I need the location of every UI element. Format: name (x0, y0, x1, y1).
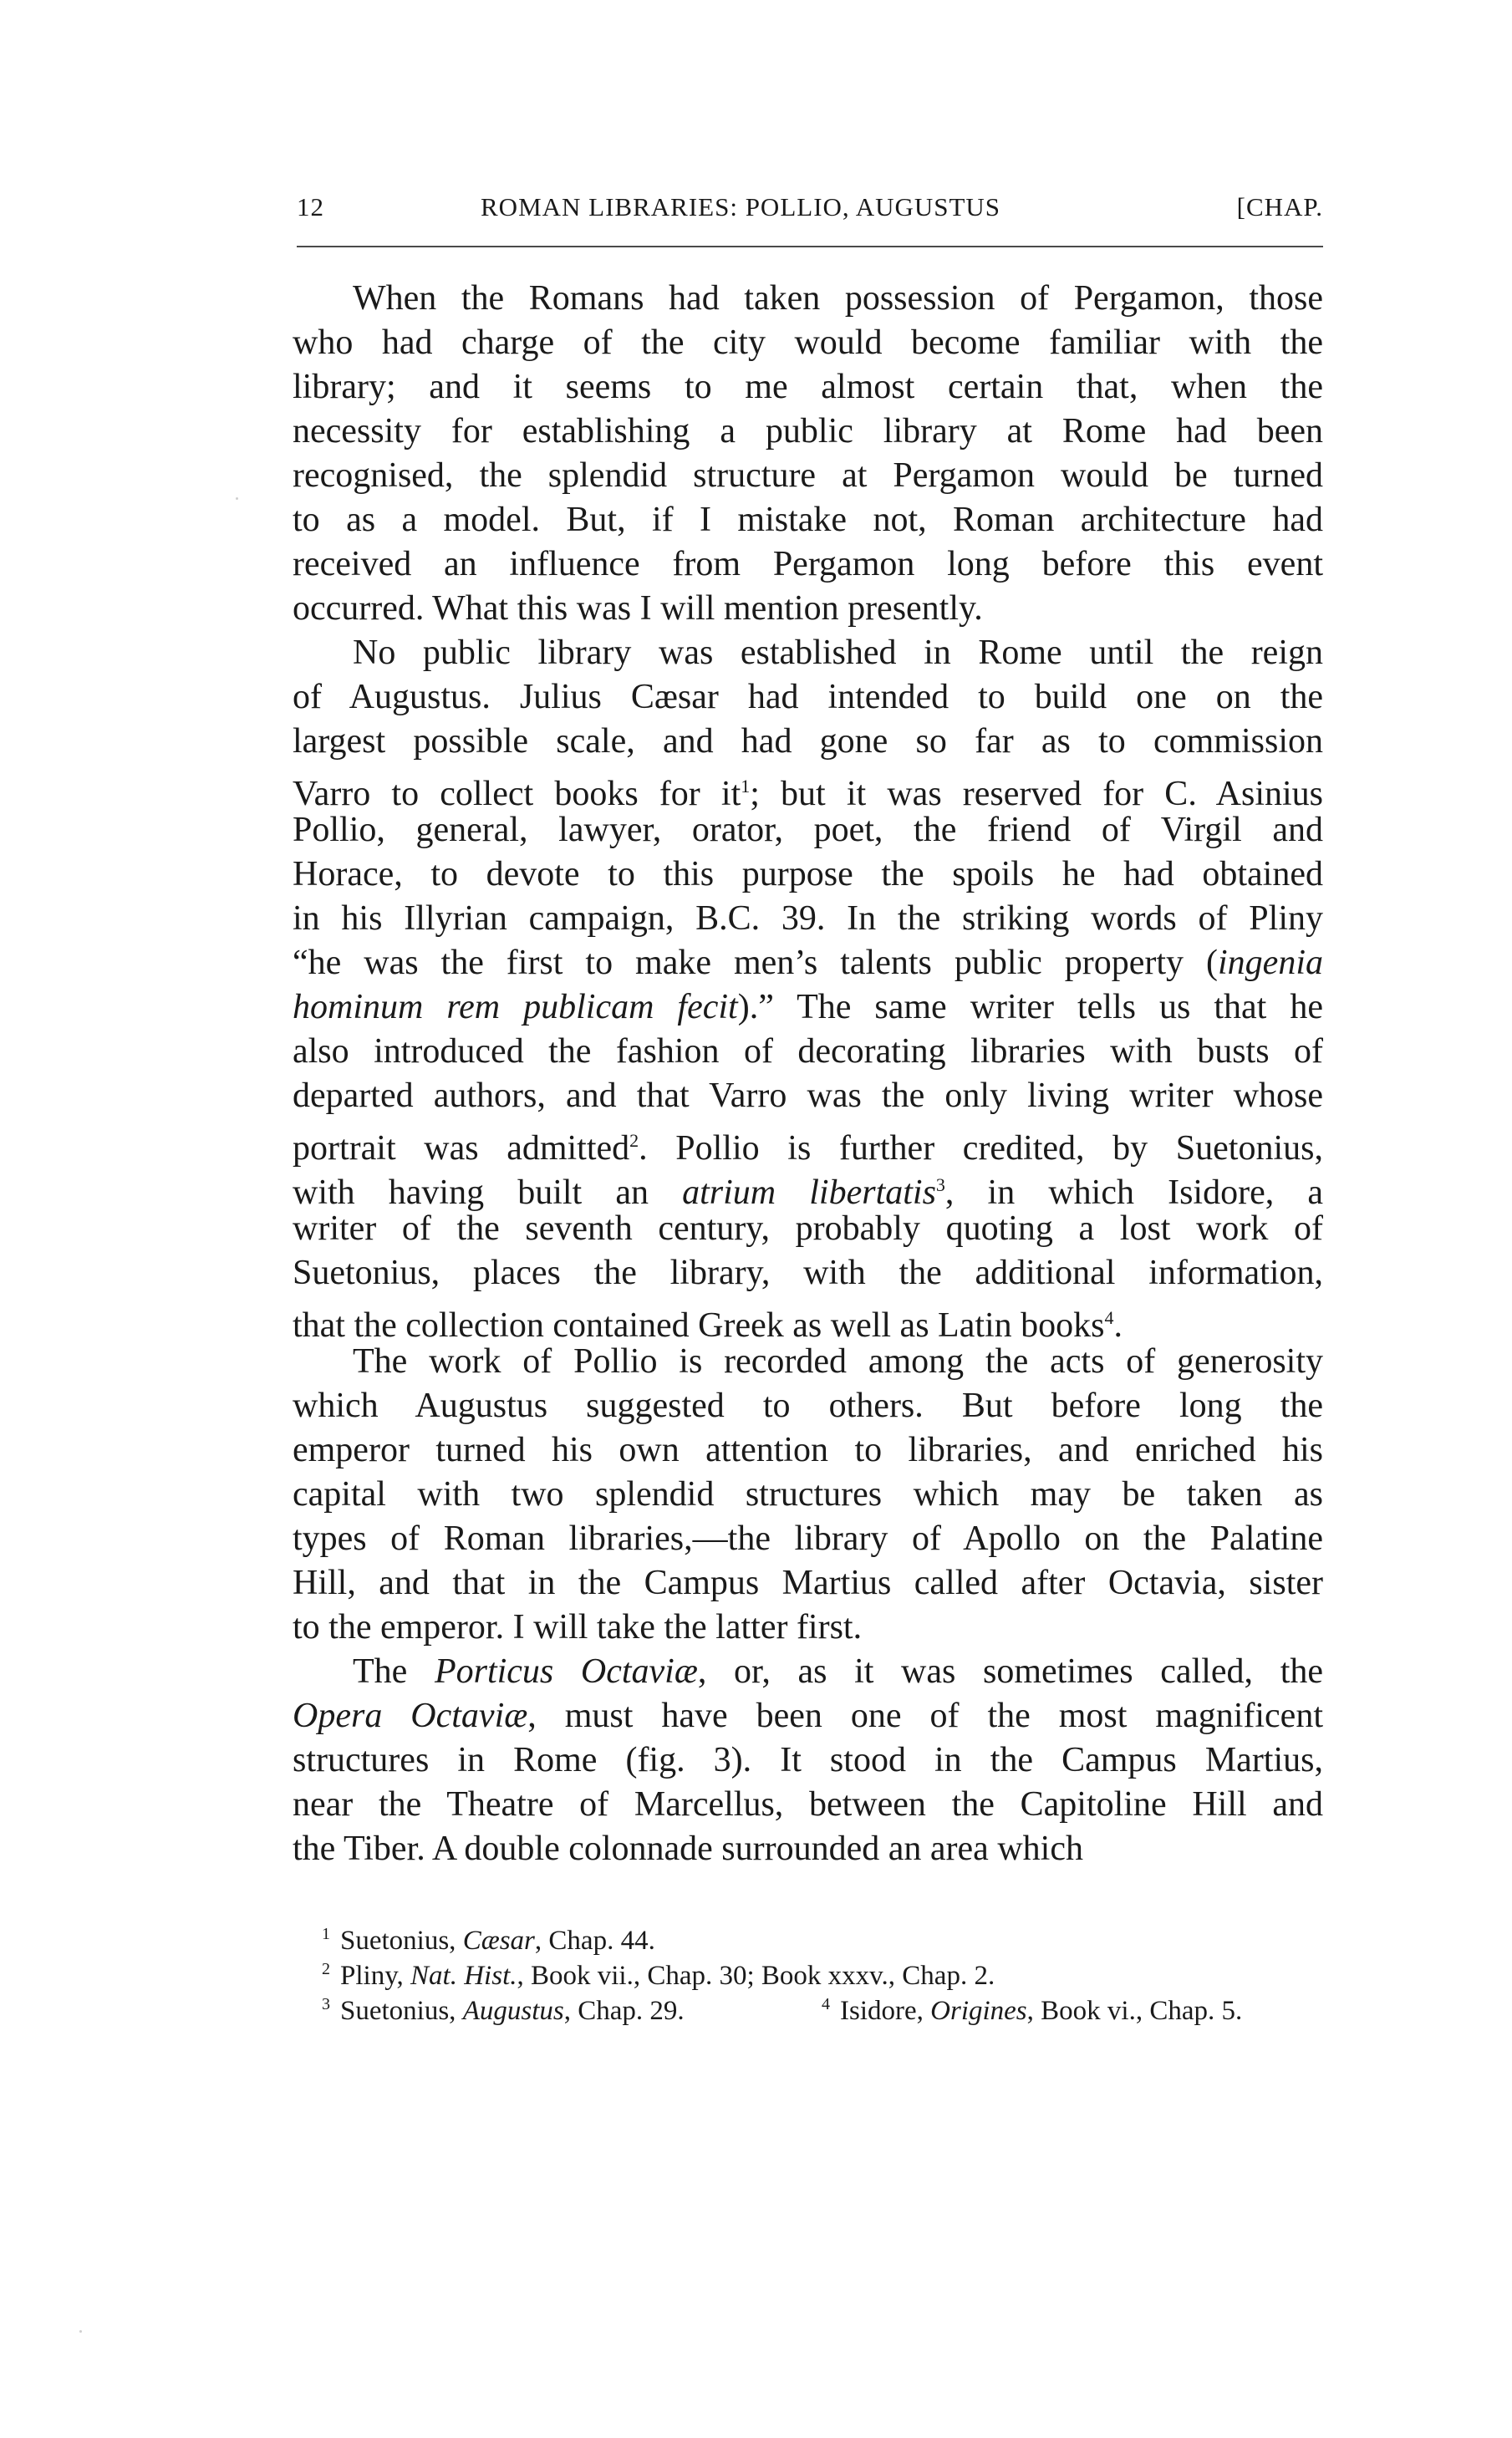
text-line: portrait was admitted2. Pollio is furthe… (293, 1118, 1323, 1163)
text-line: necessity for establishing a public libr… (293, 410, 1323, 454)
text-line: types of Roman libraries,—the library of… (293, 1517, 1323, 1561)
footnote-3: 3Suetonius, Augustus, Chap. 29. (322, 1987, 685, 2028)
text-line: Varro to collect books for it1; but it w… (293, 764, 1323, 808)
text-line: library; and it seems to me almost certa… (293, 365, 1323, 410)
text-line: recognised, the splendid structure at Pe… (293, 454, 1323, 498)
text-line: received an influence from Pergamon long… (293, 542, 1323, 587)
text-line: The work of Pollio is recorded among the… (293, 1340, 1323, 1384)
running-head: 12 ROMAN LIBRARIES: POLLIO, AUGUSTUS [CH… (297, 191, 1323, 224)
text-line: Hill, and that in the Campus Martius cal… (293, 1561, 1323, 1606)
book-page: 12 ROMAN LIBRARIES: POLLIO, AUGUSTUS [CH… (0, 0, 1512, 2438)
text-line: Opera Octaviæ, must have been one of the… (293, 1694, 1323, 1738)
footnote-work: Augustus (463, 1996, 564, 2026)
text-line: near the Theatre of Marcellus, between t… (293, 1783, 1323, 1827)
running-title: ROMAN LIBRARIES: POLLIO, AUGUSTUS (481, 191, 1000, 224)
text-line: structures in Rome (fig. 3). It stood in… (293, 1738, 1323, 1783)
text-line: Horace, to devote to this purpose the sp… (293, 853, 1323, 897)
header-rule (297, 246, 1323, 247)
text-line: hominum rem publicam fecit).” The same w… (293, 985, 1323, 1030)
footnote-reference-marker: 1 (741, 776, 750, 797)
text-line: that the collection contained Greek as w… (293, 1295, 1323, 1340)
text-line: “he was the first to make men’s talents … (293, 941, 1323, 985)
footnote-reference-marker: 3 (936, 1174, 945, 1195)
page-number: 12 (297, 191, 324, 224)
body-text: When the Romans had taken possession of … (293, 277, 1323, 1871)
footnote-line-1: 1Suetonius, Cæsar, Chap. 44. (322, 1916, 1325, 1952)
footnote-marker: 4 (822, 1995, 830, 2013)
text-line: Pollio, general, lawyer, orator, poet, t… (293, 808, 1323, 853)
footnote-author: Isidore, (840, 1996, 930, 2026)
text-line: with having built an atrium libertatis3,… (293, 1163, 1323, 1207)
footnote-line-3: 3Suetonius, Augustus, Chap. 29. 4Isidore… (322, 1987, 1325, 2022)
text-line: of Augustus. Julius Cæsar had intended t… (293, 675, 1323, 720)
chapter-marker: [CHAP. (1237, 191, 1323, 224)
scan-speck (79, 2330, 82, 2333)
footnote-author: Suetonius, (340, 1996, 463, 2026)
footnote-marker: 2 (322, 1960, 330, 1978)
small-caps-text: B.C. (695, 899, 760, 938)
text-line: who had charge of the city would become … (293, 321, 1323, 365)
scan-speck (236, 497, 238, 500)
text-line: in his Illyrian campaign, B.C. 39. In th… (293, 897, 1323, 941)
italic-text: Opera Octaviæ (293, 1697, 527, 1735)
text-line: Suetonius, places the library, with the … (293, 1251, 1323, 1295)
text-line: emperor turned his own attention to libr… (293, 1428, 1323, 1473)
text-line: largest possible scale, and had gone so … (293, 720, 1323, 764)
text-line: writer of the seventh century, probably … (293, 1207, 1323, 1251)
footnote-4: 4Isidore, Origines, Book vi., Chap. 5. (822, 1987, 1242, 2028)
footnote-line-2: 2Pliny, Nat. Hist., Book vii., Chap. 30;… (322, 1952, 1325, 1987)
italic-text: Porticus Octaviæ (435, 1652, 698, 1691)
text-line: capital with two splendid structures whi… (293, 1473, 1323, 1517)
text-line: The Porticus Octaviæ, or, as it was some… (293, 1650, 1323, 1694)
footnote-work: Origines (930, 1996, 1027, 2026)
text-line: the Tiber. A double colonnade surrounded… (293, 1827, 1323, 1871)
text-line: When the Romans had taken possession of … (293, 277, 1323, 321)
text-line: to the emperor. I will take the latter f… (293, 1606, 1323, 1650)
footnote-reference: , Chap. 29. (564, 1996, 685, 2026)
italic-text: ingenia (1218, 944, 1323, 982)
footnote-reference-marker: 2 (629, 1130, 639, 1151)
text-line: No public library was established in Rom… (293, 631, 1323, 675)
text-line: also introduced the fashion of decoratin… (293, 1030, 1323, 1074)
footnote-marker: 3 (322, 1995, 330, 2013)
italic-text: hominum rem publicam fecit (293, 988, 738, 1026)
footnote-reference-marker: 4 (1105, 1307, 1114, 1328)
text-line: occurred. What this was I will mention p… (293, 587, 1323, 631)
footnote-reference: , Book vi., Chap. 5. (1027, 1996, 1243, 2026)
text-line: which Augustus suggested to others. But … (293, 1384, 1323, 1428)
footnotes: 1Suetonius, Cæsar, Chap. 44. 2Pliny, Nat… (322, 1916, 1325, 2022)
text-line: departed authors, and that Varro was the… (293, 1074, 1323, 1118)
text-line: to as a model. But, if I mistake not, Ro… (293, 498, 1323, 542)
footnote-marker: 1 (322, 1925, 330, 1943)
